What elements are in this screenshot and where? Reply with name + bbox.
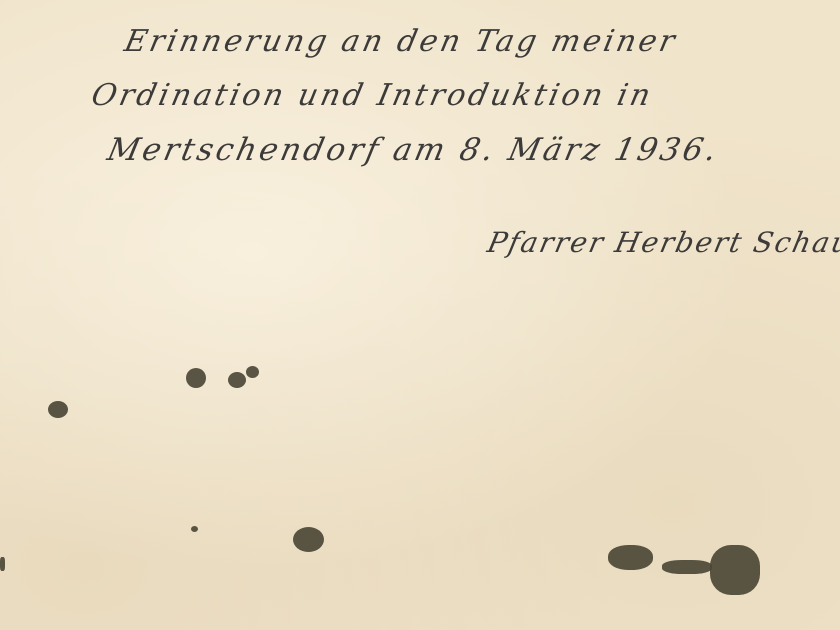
handwritten-line-3: Mertschendorf am 8. März 1936. — [104, 132, 722, 168]
handwritten-line-2: Ordination und Introduktion in — [88, 78, 656, 113]
stain — [48, 401, 68, 418]
stain — [0, 557, 5, 571]
stain — [191, 526, 198, 532]
stain — [228, 372, 246, 388]
postcard-back: Erinnerung an den Tag meiner Ordination … — [0, 0, 840, 630]
signature: Pfarrer Herbert Schaugg. — [484, 226, 840, 259]
stain — [608, 545, 653, 570]
stain — [246, 366, 259, 378]
stain — [710, 545, 760, 595]
stain — [662, 560, 712, 574]
stain — [186, 368, 206, 388]
handwritten-line-1: Erinnerung an den Tag meiner — [121, 24, 680, 59]
stain — [293, 527, 324, 552]
